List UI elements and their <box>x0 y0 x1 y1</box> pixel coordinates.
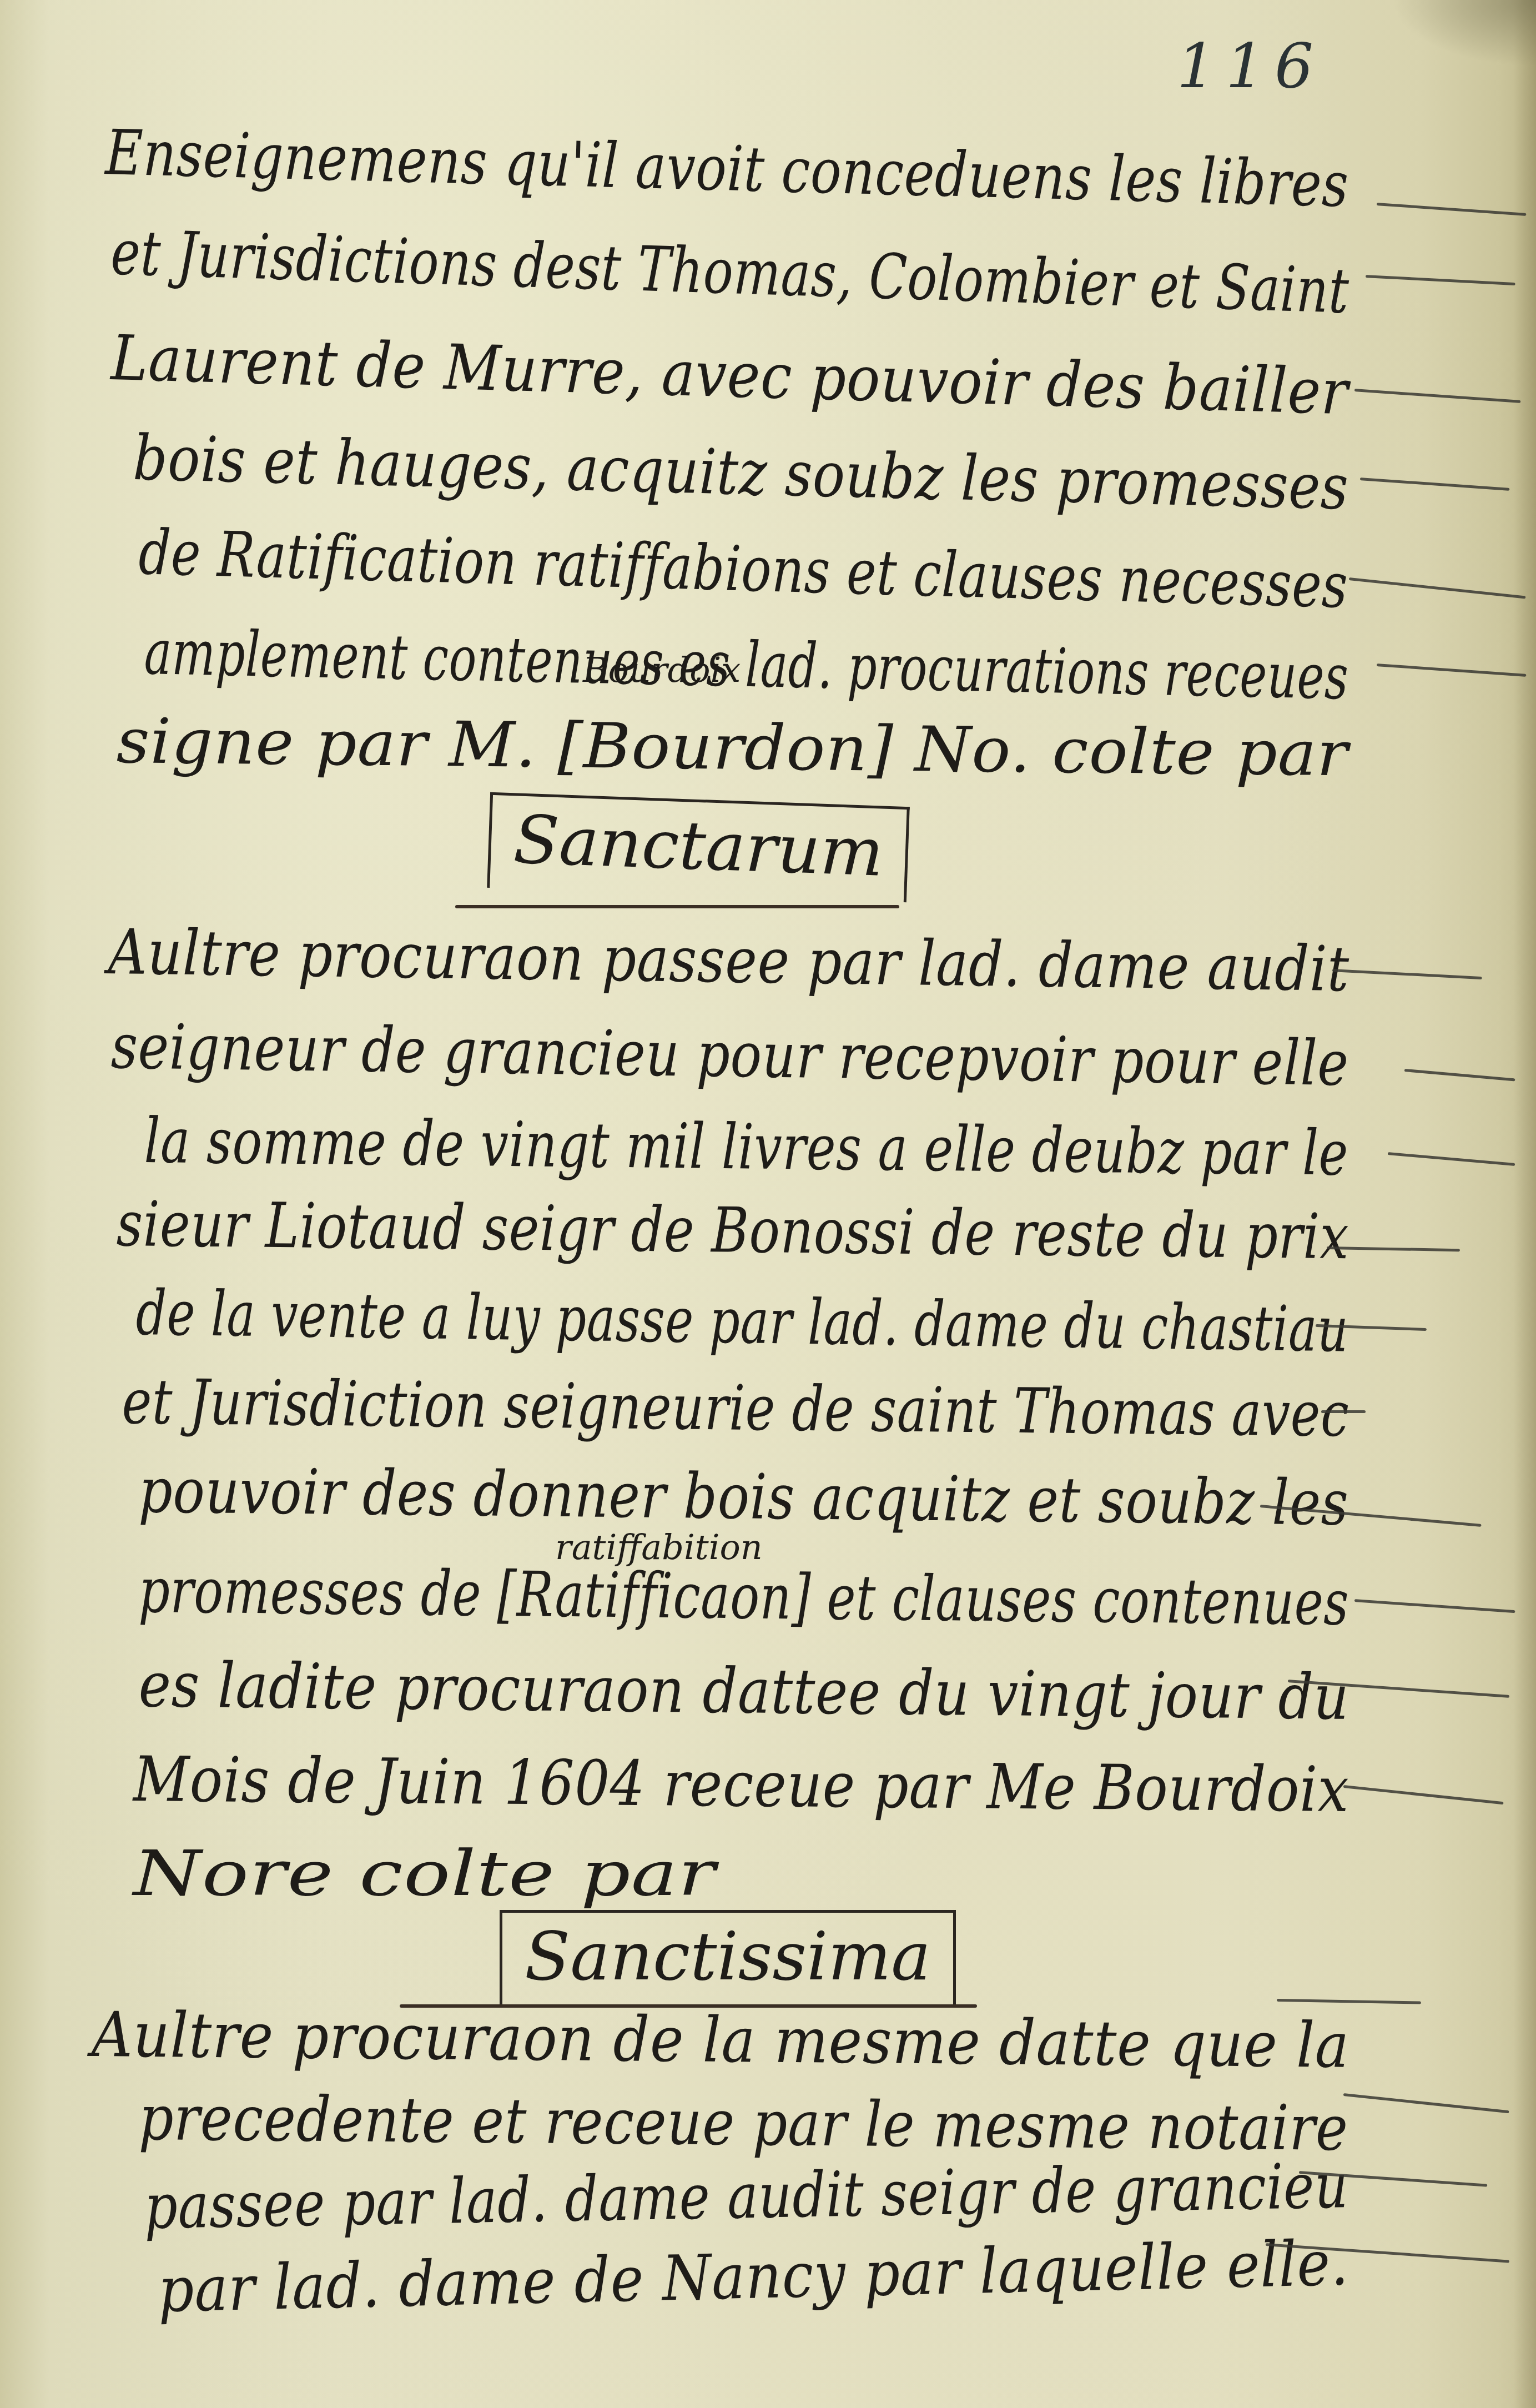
manuscript-line: et Jurisdictions dest Thomas, Colombier … <box>110 217 1350 328</box>
line-filler-dash <box>1343 1785 1504 1804</box>
line-filler-dash <box>1377 663 1527 677</box>
heading-label: Sanctarum <box>512 801 885 891</box>
line-filler-dash <box>1360 477 1510 491</box>
line-filler-dash <box>1388 1152 1515 1166</box>
line-filler-dash <box>1332 969 1482 979</box>
manuscript-line: signe par M. [Bourdon] No. colte par <box>116 705 1348 790</box>
line-filler-dash <box>1377 203 1527 216</box>
manuscript-line: passee par lad. dame audit seigr de gran… <box>144 2150 1349 2243</box>
manuscript-line: la somme de vingt mil livres a elle deub… <box>144 1105 1349 1190</box>
manuscript-line: promesses de [Ratifficaon] et clauses co… <box>138 1555 1349 1640</box>
folio-number: 116 <box>1177 31 1323 102</box>
manuscript-line: Nore colte par <box>133 1838 716 1910</box>
manuscript-line: de Ratification ratiffabions et clauses … <box>138 516 1349 622</box>
manuscript-line: et Jurisdiction seigneurie de saint Thom… <box>122 1366 1349 1451</box>
manuscript-line: Aultre procuraon passee par lad. dame au… <box>108 916 1350 1006</box>
manuscript-line: Enseignemens qu'il avoit conceduens les … <box>104 117 1349 222</box>
interlinear-correction: Bourdoix <box>583 650 741 690</box>
line-filler-dash <box>1321 1410 1366 1413</box>
manuscript-line: precedente et receue par le mesme notair… <box>138 2082 1348 2165</box>
line-filler-dash <box>1404 1069 1515 1081</box>
manuscript-line: es ladite procuraon dattee du vingt jour… <box>138 1649 1349 1734</box>
heading-label: Sanctissima <box>525 1918 931 1995</box>
line-filler-dash <box>1354 389 1521 403</box>
manuscript-line: par lad. dame de Nancy par laquelle elle… <box>158 2227 1350 2326</box>
manuscript-line: de la vente a luy passe par lad. dame du… <box>135 1277 1349 1366</box>
manuscript-line: Mois de Juin 1604 receue par Me Bourdoix <box>133 1743 1349 1826</box>
manuscript-line: Laurent de Murre, avec pouvoir des baill… <box>110 322 1349 429</box>
line-filler-dash <box>1354 1599 1515 1613</box>
line-filler-dash <box>1366 275 1515 285</box>
manuscript-line: bois et hauges, acquitz soubz les promes… <box>132 422 1349 524</box>
line-filler-dash <box>1277 1999 1421 2004</box>
line-filler-dash <box>1343 2093 1509 2113</box>
page-corner-shadow <box>1392 0 1536 67</box>
heading-underline <box>455 905 899 908</box>
manuscript-line: sieur Liotaud seigr de Bonossi de reste … <box>116 1188 1349 1273</box>
manuscript-page: 116 Enseignemens qu'il avoit conceduens … <box>0 0 1536 2408</box>
manuscript-line: amplement contenues es lad. procurations… <box>144 616 1349 713</box>
line-filler-dash <box>1349 577 1526 599</box>
manuscript-line: seigneur de grancieu pour recepvoir pour… <box>110 1011 1349 1100</box>
marginal-heading-box: Sanctissima <box>500 1910 956 2005</box>
marginal-heading-box: Sanctarum <box>487 792 910 902</box>
page-edge-shadow <box>1514 0 1536 2408</box>
manuscript-line: Aultre procuraon de la mesme datte que l… <box>91 1999 1349 2082</box>
